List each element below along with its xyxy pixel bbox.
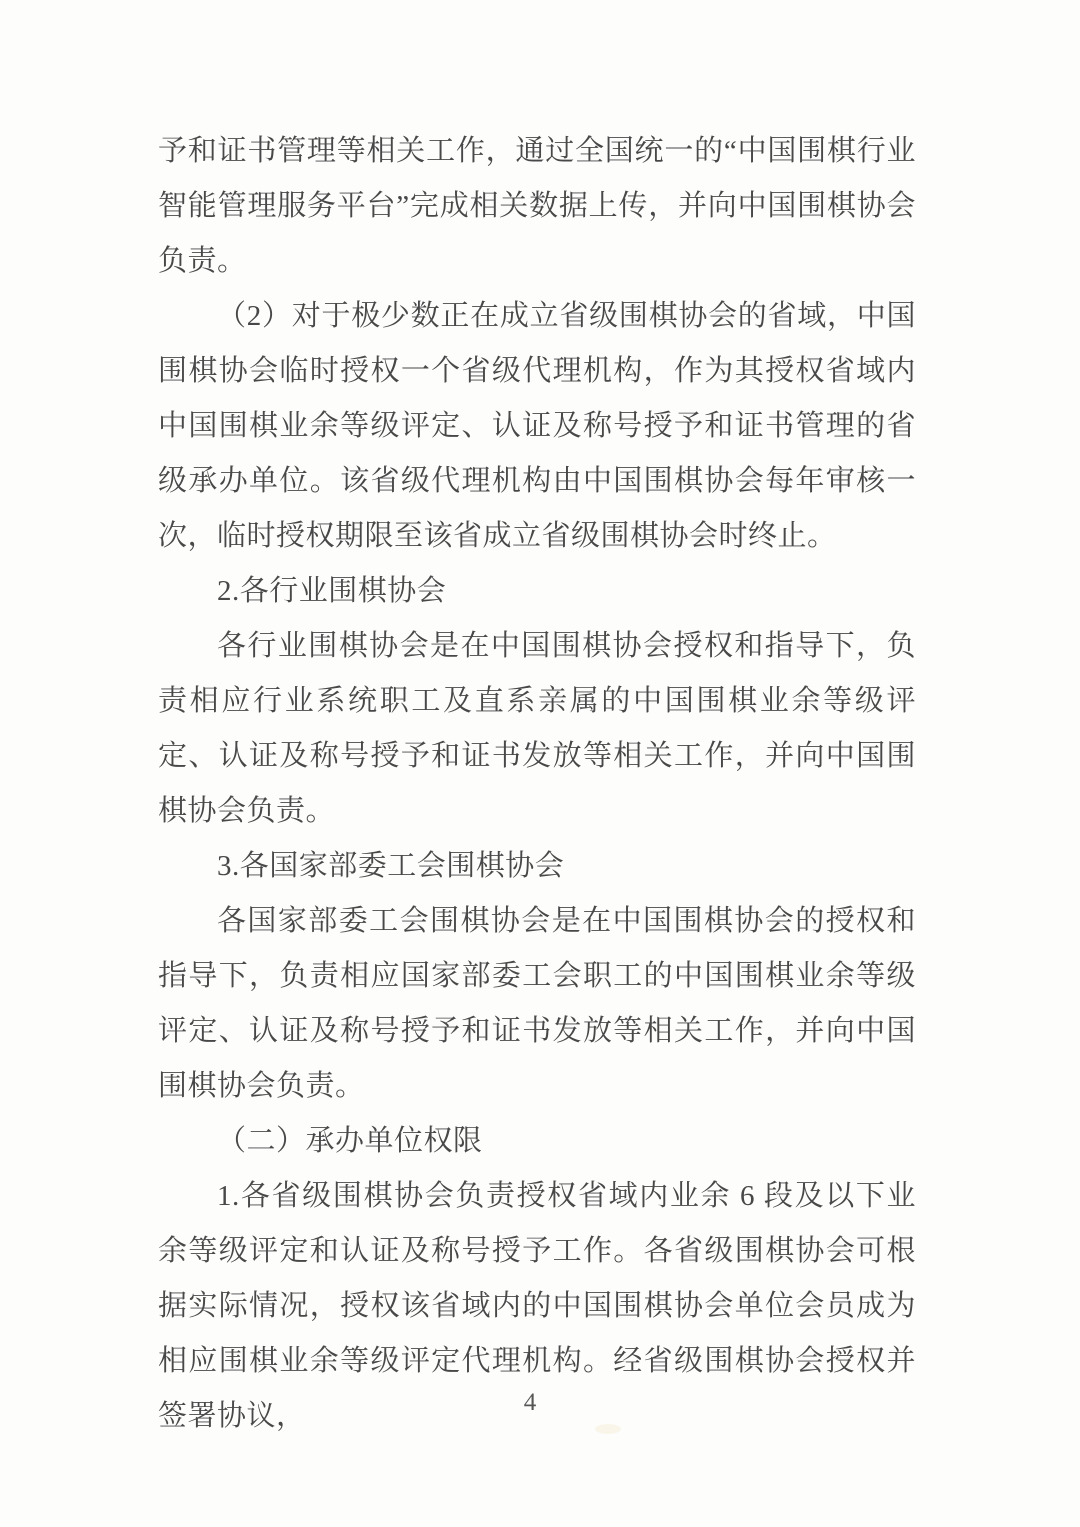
document-body: 予和证书管理等相关工作，通过全国统一的“中国围棋行业智能管理服务平台”完成相关数…: [158, 124, 916, 1444]
page-footer: 4: [0, 1388, 1060, 1418]
section-heading-undertaker-authority: （二）承办单位权限: [158, 1114, 916, 1169]
section-heading-ministry-union-associations: 3.各国家部委工会围棋协会: [158, 839, 916, 894]
scanned-document-page: 予和证书管理等相关工作，通过全国统一的“中国围棋行业智能管理服务平台”完成相关数…: [0, 0, 1080, 1527]
paragraph-ministry-union-associations: 各国家部委工会围棋协会是在中国围棋协会的授权和指导下，负责相应国家部委工会职工的…: [158, 894, 916, 1114]
section-heading-industry-associations: 2.各行业围棋协会: [158, 564, 916, 619]
scan-artifact: [595, 1424, 621, 1434]
paragraph-item-2: （2）对于极少数正在成立省级围棋协会的省域，中国围棋协会临时授权一个省级代理机构…: [158, 289, 916, 564]
paragraph-industry-associations: 各行业围棋协会是在中国围棋协会授权和指导下，负责相应行业系统职工及直系亲属的中国…: [158, 619, 916, 839]
page-number: 4: [524, 1389, 537, 1416]
paragraph-continuation: 予和证书管理等相关工作，通过全国统一的“中国围棋行业智能管理服务平台”完成相关数…: [158, 124, 916, 289]
